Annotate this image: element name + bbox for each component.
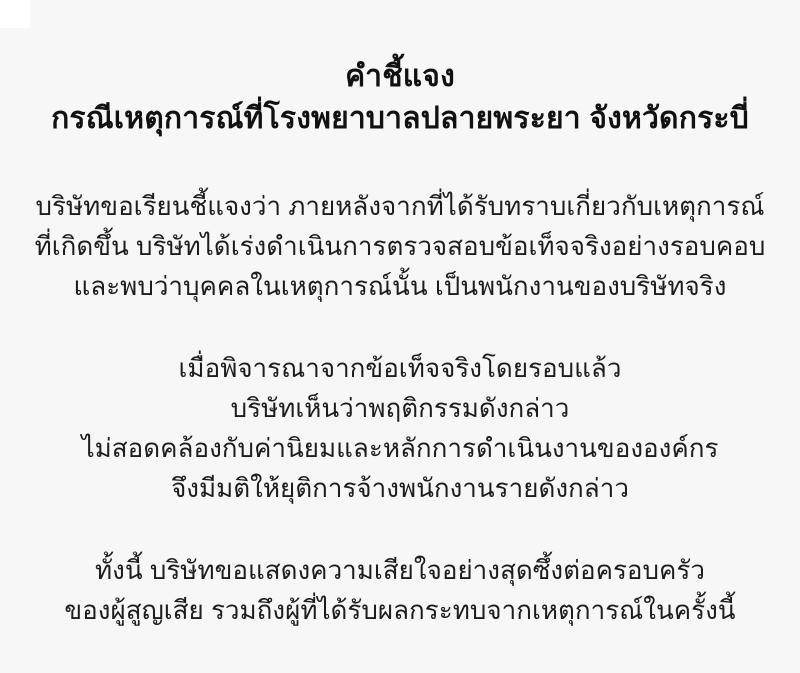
paragraph-line: บริษัทขอเรียนชี้แจงว่า ภายหลังจากที่ได้ร… — [30, 186, 770, 226]
paragraph-line: และพบว่าบุคคลในเหตุการณ์นั้น เป็นพนักงาน… — [30, 266, 770, 306]
statement-document: คำชี้แจง กรณีเหตุการณ์ที่โรงพยาบาลปลายพร… — [0, 0, 800, 630]
statement-title: คำชี้แจง กรณีเหตุการณ์ที่โรงพยาบาลปลายพร… — [0, 56, 800, 140]
paragraph-line: จึงมีมติให้ยุติการจ้างพนักงานรายดังกล่าว — [30, 468, 770, 508]
paragraph-line: ที่เกิดขึ้น บริษัทได้เร่งดำเนินการตรวจสอ… — [30, 226, 770, 266]
paragraph-line: เมื่อพิจารณาจากข้อเท็จจริงโดยรอบแล้ว — [30, 348, 770, 388]
statement-title-line-2: กรณีเหตุการณ์ที่โรงพยาบาลปลายพระยา จังหว… — [0, 98, 800, 140]
paragraph-investigation: บริษัทขอเรียนชี้แจงว่า ภายหลังจากที่ได้ร… — [30, 186, 770, 306]
paragraph-line: บริษัทเห็นว่าพฤติกรรมดังกล่าว — [30, 388, 770, 428]
paragraph-line: ไม่สอดคล้องกับค่านิยมและหลักการดำเนินงาน… — [30, 428, 770, 468]
statement-page: { "colors": { "background": "#f7f7f7", "… — [0, 0, 800, 673]
paragraph-condolences: ทั้งนี้ บริษัทขอแสดงความเสียใจอย่างสุดซึ… — [30, 550, 770, 630]
paragraph-decision: เมื่อพิจารณาจากข้อเท็จจริงโดยรอบแล้ว บริ… — [30, 348, 770, 508]
paragraph-line: ของผู้สูญเสีย รวมถึงผู้ที่ได้รับผลกระทบจ… — [30, 590, 770, 630]
paragraph-line: ทั้งนี้ บริษัทขอแสดงความเสียใจอย่างสุดซึ… — [30, 550, 770, 590]
statement-title-line-1: คำชี้แจง — [0, 56, 800, 98]
